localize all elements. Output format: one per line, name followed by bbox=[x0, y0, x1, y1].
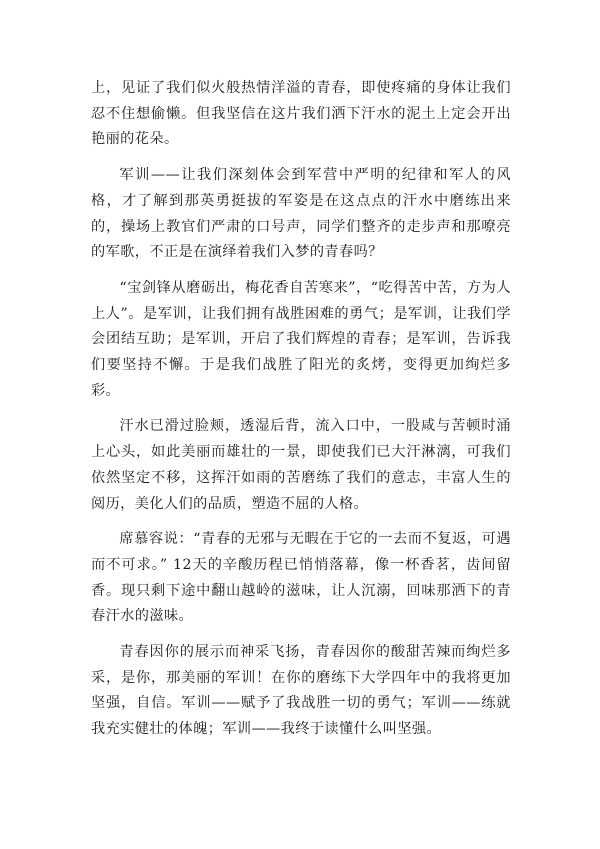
paragraph-proverb-quotes: “宝剑锋从磨砺出，梅花香自苦寒来”，“吃得苦中苦，方为人上人”。是军训，让我们拥… bbox=[91, 276, 511, 405]
paragraph-military-discipline: 军训——让我们深刻体会到军营中严明的纪律和军人的风格，才了解到那英勇挺拔的军姿是… bbox=[91, 163, 511, 266]
paragraph-continuation: 上，见证了我们似火般热情洋溢的青春，即使疼痛的身体让我们忍不住想偷懒。但我坚信在… bbox=[91, 76, 511, 153]
paragraph-sweat: 汗水已滑过脸颊，透湿后背，流入口中，一股咸与苦顿时涌上心头，如此美丽而雄壮的一景… bbox=[91, 414, 511, 517]
paragraph-xi-murong-quote: 席慕容说：“青春的无邪与无暇在于它的一去而不复返，可遇而不可求。” 12天的辛酸… bbox=[91, 527, 511, 630]
document-page: 上，见证了我们似火般热情洋溢的青春，即使疼痛的身体让我们忍不住想偷懒。但我坚信在… bbox=[91, 76, 511, 753]
paragraph-conclusion: 青春因你的展示而神采飞扬，青春因你的酸甜苦辣而绚烂多采，是你，那美丽的军训！在你… bbox=[91, 640, 511, 743]
